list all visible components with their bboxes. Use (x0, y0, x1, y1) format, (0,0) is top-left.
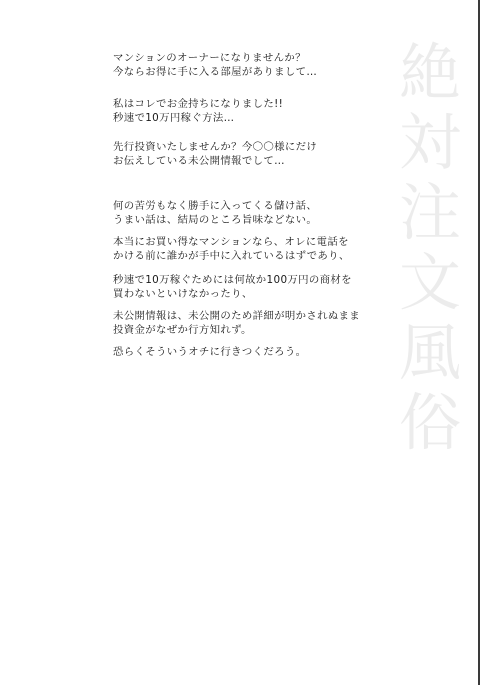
text-line: お伝えしている未公開情報でして… (113, 154, 317, 168)
document-page: 絶 対 注 文 風 俗 マンションのオーナーになりませんか？ 今ならお得に手に入… (0, 0, 480, 685)
paragraph-mansion-offer: マンションのオーナーになりませんか？ 今ならお得に手に入る部屋がありまして… (113, 51, 317, 79)
text-line: 何の苦労もなく勝手に入ってくる儲け話、 (113, 199, 317, 213)
paragraph-conclusion: 恐らくそういうオチに行きつくだろう。 (113, 345, 306, 359)
title-char: 文 (399, 248, 461, 318)
text-line: 恐らくそういうオチに行きつくだろう。 (113, 345, 306, 359)
text-line: うまい話は、結局のところ旨味などない。 (113, 213, 317, 227)
paragraph-get-rich: 私はコレでお金持ちになりました!! 秒速で10万円稼ぐ方法… (113, 97, 283, 125)
text-line: 投資金がなぜか行方知れず。 (113, 323, 360, 337)
paragraph-undisclosed-info: 未公開情報は、未公開のため詳細が明かされぬまま 投資金がなぜか行方知れず。 (113, 309, 360, 337)
title-char: 対 (399, 108, 461, 178)
text-line: マンションのオーナーになりませんか？ (113, 51, 317, 65)
paragraph-investment-offer: 先行投資いたしませんか？今〇〇様にだけ お伝えしている未公開情報でして… (113, 140, 317, 168)
title-char: 俗 (399, 388, 461, 458)
vertical-title-watermark: 絶 対 注 文 風 俗 (393, 38, 467, 458)
text-line: かける前に誰かが手中に入れているはずであり、 (113, 249, 350, 263)
paragraph-no-easy-money: 何の苦労もなく勝手に入ってくる儲け話、 うまい話は、結局のところ旨味などない。 (113, 199, 317, 227)
text-line: 買わないといけなかったり、 (113, 287, 352, 301)
paragraph-fast-money: 秒速で10万稼ぐためには何故か100万円の商材を 買わないといけなかったり、 (113, 273, 352, 301)
title-char: 絶 (399, 38, 461, 108)
text-line: 今ならお得に手に入る部屋がありまして… (113, 65, 317, 79)
paragraph-real-bargain: 本当にお買い得なマンションなら、オレに電話を かける前に誰かが手中に入れているは… (113, 235, 350, 263)
text-line: 先行投資いたしませんか？今〇〇様にだけ (113, 140, 317, 154)
title-char: 注 (399, 178, 461, 248)
text-line: 秒速で10万稼ぐためには何故か100万円の商材を (113, 273, 352, 287)
text-line: 私はコレでお金持ちになりました!! (113, 97, 283, 111)
text-line: 未公開情報は、未公開のため詳細が明かされぬまま (113, 309, 360, 323)
text-line: 本当にお買い得なマンションなら、オレに電話を (113, 235, 350, 249)
text-line: 秒速で10万円稼ぐ方法… (113, 111, 283, 125)
title-char: 風 (399, 318, 461, 388)
